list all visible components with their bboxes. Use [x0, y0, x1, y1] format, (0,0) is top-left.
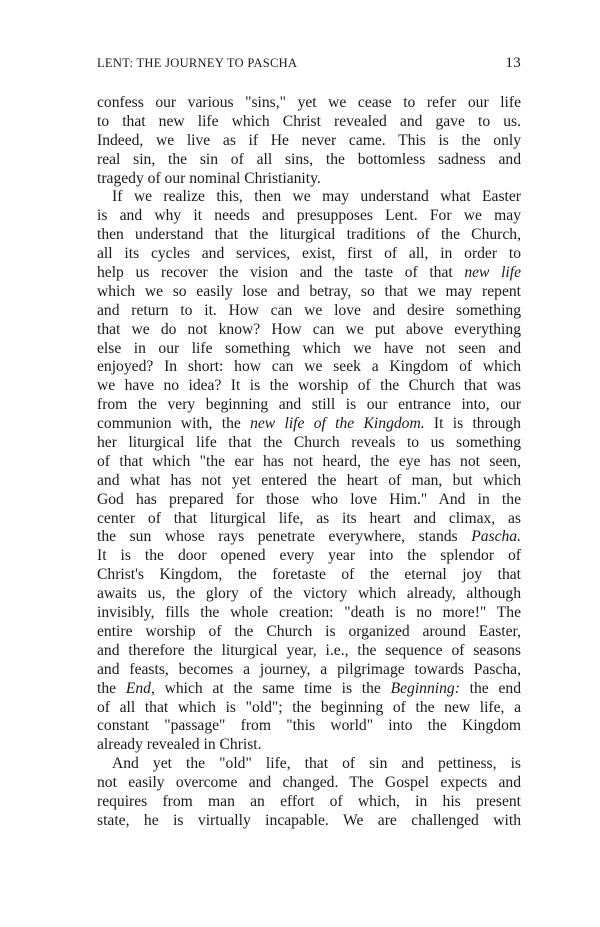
paragraph: And yet the "old" life, that of sin and … — [97, 755, 521, 831]
italic-emphasis: End, — [126, 680, 155, 697]
running-head: LENT: THE JOURNEY TO PASCHA 13 — [97, 55, 521, 75]
italic-emphasis: new life of the Kingdom. — [250, 415, 425, 432]
book-page: LENT: THE JOURNEY TO PASCHA 13 confess o… — [0, 0, 600, 927]
text-line: the sun whose rays penetrate everywhere,… — [97, 528, 521, 547]
text-line: communion with, the new life of the King… — [97, 415, 521, 434]
text-line: entire worship of the Church is organize… — [97, 623, 521, 642]
text-line: else in our life something which we have… — [97, 340, 521, 359]
text-line: we have no idea? It is the worship of th… — [97, 377, 521, 396]
text-line: and what has not yet entered the heart o… — [97, 472, 521, 491]
text-line: confess our various "sins," yet we cease… — [97, 94, 521, 113]
text-line: already revealed in Christ. — [97, 736, 521, 755]
paragraph: If we realize this, then we may understa… — [97, 188, 521, 755]
text-line: from the very beginning and still is our… — [97, 396, 521, 415]
text-line: her liturgical life that the Church reve… — [97, 434, 521, 453]
running-title: LENT: THE JOURNEY TO PASCHA — [97, 56, 297, 71]
text-line: then understand that the liturgical trad… — [97, 226, 521, 245]
text-line: and feasts, becomes a journey, a pilgrim… — [97, 661, 521, 680]
italic-emphasis: new life — [464, 264, 521, 281]
text-line: of that which "the ear has not heard, th… — [97, 453, 521, 472]
text-line: enjoyed? In short: how can we seek a Kin… — [97, 358, 521, 377]
text-line: all its cycles and services, exist, firs… — [97, 245, 521, 264]
text-line: and return to it. How can we love and de… — [97, 302, 521, 321]
text-line: which we so easily lose and betray, so t… — [97, 283, 521, 302]
text-line: and therefore the liturgical year, i.e.,… — [97, 642, 521, 661]
text-line: If we realize this, then we may understa… — [97, 188, 521, 207]
text-line: Indeed, we live as if He never came. Thi… — [97, 132, 521, 151]
text-line: And yet the "old" life, that of sin and … — [97, 755, 521, 774]
text-line: tragedy of our nominal Christianity. — [97, 170, 521, 189]
text-line: help us recover the vision and the taste… — [97, 264, 521, 283]
text-line: requires from man an effort of which, in… — [97, 793, 521, 812]
italic-emphasis: Pascha. — [471, 528, 521, 545]
text-line: that we do not know? How can we put abov… — [97, 321, 521, 340]
text-line: God has prepared for those who love Him.… — [97, 491, 521, 510]
text-line: of all that which is "old"; the beginnin… — [97, 699, 521, 718]
body-text: confess our various "sins," yet we cease… — [97, 94, 521, 831]
page-number: 13 — [505, 55, 521, 72]
text-line: not easily overcome and changed. The Gos… — [97, 774, 521, 793]
text-line: center of that liturgical life, as its h… — [97, 510, 521, 529]
text-line: constant "passage" from "this world" int… — [97, 717, 521, 736]
text-line: the End, which at the same time is the B… — [97, 680, 521, 699]
text-line: awaits us, the glory of the victory whic… — [97, 585, 521, 604]
text-line: to that new life which Christ revealed a… — [97, 113, 521, 132]
text-line: invisibly, fills the whole creation: "de… — [97, 604, 521, 623]
paragraph: confess our various "sins," yet we cease… — [97, 94, 521, 188]
text-line: real sin, the sin of all sins, the botto… — [97, 151, 521, 170]
text-line: Christ's Kingdom, the foretaste of the e… — [97, 566, 521, 585]
text-line: state, he is virtually incapable. We are… — [97, 812, 521, 831]
text-line: It is the door opened every year into th… — [97, 547, 521, 566]
italic-emphasis: Beginning: — [391, 680, 460, 697]
text-line: is and why it needs and presupposes Lent… — [97, 207, 521, 226]
